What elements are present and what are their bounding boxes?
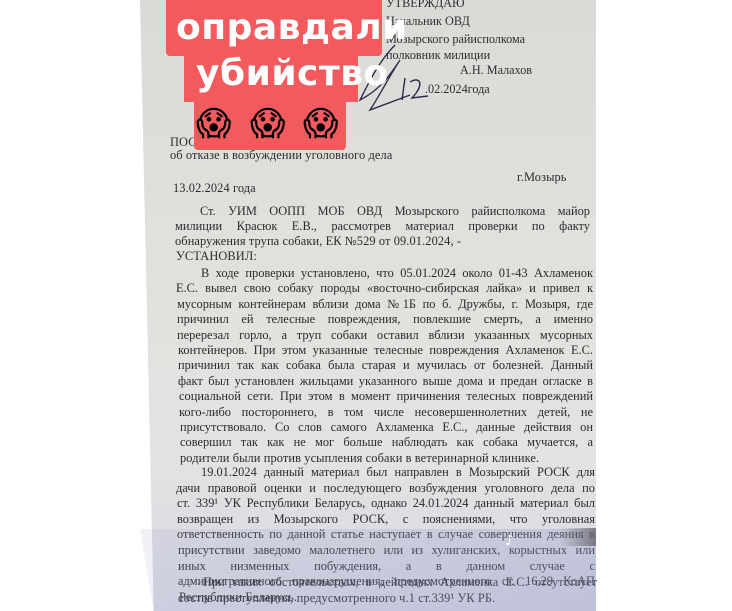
intro-line-1: Ст. УИМ ООПП МОБ ОВД Мозырского райиспол… bbox=[200, 204, 590, 219]
approval-date-rest: .02.2024года bbox=[425, 82, 490, 96]
body-line: родители были против усыпления собаки в … bbox=[180, 451, 539, 466]
body-line: причинил ей телесные повреждения, повлек… bbox=[177, 312, 593, 327]
sticker-line-1: оправдали bbox=[176, 7, 408, 48]
photo-shadow-edge bbox=[560, 528, 596, 546]
body-line: ст. 339¹ УК Республики Беларусь, однако … bbox=[177, 496, 595, 511]
sticker-line-2: убийство bbox=[196, 53, 389, 94]
photo-shadow bbox=[140, 529, 596, 611]
body-line: социальной сети. При этом в момент причи… bbox=[179, 389, 593, 404]
document-date: 13.02.2024 года bbox=[173, 181, 256, 196]
established-heading: УСТАНОВИЛ: bbox=[176, 249, 257, 264]
intro-line-2: милиции Красюк Е.В., рассмотрев материал… bbox=[175, 219, 590, 234]
body-line: возвращен из Мозырского РОСК, с пояснени… bbox=[177, 512, 595, 527]
body-line: причинил так как собака была старая и му… bbox=[178, 358, 593, 373]
body-line: присутствовало. Со слов самого Ахламенка… bbox=[180, 420, 593, 435]
body-line: мусорным контейнерам вблизи дома №1Б по … bbox=[177, 297, 593, 312]
body-line: В ходе проверки установлено, что 05.01.2… bbox=[201, 266, 593, 281]
approval-date: .02.2024года bbox=[425, 82, 490, 97]
screaming-face-icon: 😱 bbox=[303, 104, 338, 144]
body-line: перерезал горло, а труп собаки оставил в… bbox=[177, 328, 593, 343]
body-line: 19.01.2024 данный материал был направлен… bbox=[201, 465, 595, 480]
body-line: кого-либо постороннего, в том числе несо… bbox=[179, 405, 593, 420]
body-line: дачи правовой оценки и последующего возб… bbox=[176, 481, 595, 496]
approval-name: А.Н. Малахов bbox=[460, 63, 532, 78]
body-line: контейнеров. При этом указанные телесные… bbox=[178, 343, 593, 358]
body-line: совершил так как не мог больше наблюдать… bbox=[180, 435, 593, 450]
document-city: г.Мозырь bbox=[517, 170, 567, 185]
screaming-face-icon: 😱 bbox=[250, 104, 285, 144]
body-line: Е.С. вывел свою собаку породы «восточно-… bbox=[176, 281, 593, 296]
screaming-face-icon: 😱 bbox=[196, 104, 231, 144]
body-line: факт был установлен жильцами указанного … bbox=[178, 374, 593, 389]
document-subtitle: об отказе в возбуждении уголовного дела bbox=[170, 148, 392, 163]
intro-line-3: обнаружения трупа собаки, ЕК №529 от 09.… bbox=[175, 234, 461, 249]
tiktok-logo-icon: ♪ bbox=[505, 533, 514, 549]
